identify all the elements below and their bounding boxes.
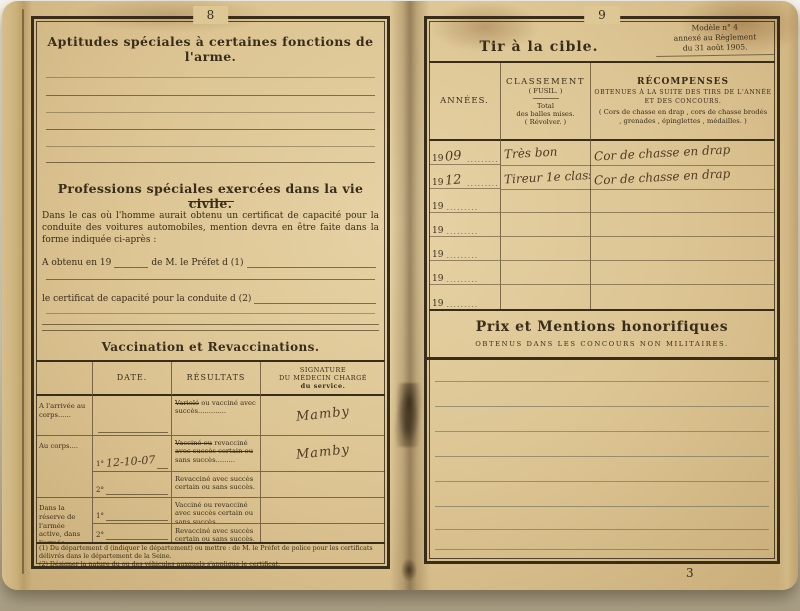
header-dash <box>533 98 559 99</box>
blank-field <box>98 424 168 433</box>
ink-stain <box>394 383 424 447</box>
vacc-result-c: Revacciné avec succès certain ou sans su… <box>172 472 261 498</box>
ink-stain <box>400 557 418 583</box>
tir-year-cell: 19 ......... <box>429 237 501 261</box>
obtained-prefix: A obtenu en 19 <box>42 258 111 268</box>
left-page-number: 8 <box>193 6 229 24</box>
tir-recompense-cell <box>591 261 775 285</box>
handwritten-recompense: Cor de chasse en drap <box>594 166 731 187</box>
blank-field <box>247 257 376 268</box>
handwritten-signature: Mamby <box>295 405 350 427</box>
vacc-header-signature: SIGNATURE DU MÉDECIN CHARGÉ du service. <box>261 362 385 396</box>
tir-header-classement: CLASSEMENT ( FUSIL. ) Total des balles m… <box>501 63 591 141</box>
obtained-line: A obtenu en 19 de M. le Préfet d (1) <box>42 255 379 268</box>
vacc-signature-a: Mamby <box>261 396 385 436</box>
ruled-line <box>46 146 375 147</box>
professions-paragraph: Dans le cas où l'homme aurait obtenu un … <box>42 211 379 247</box>
model-note-line3: du 31 août 1905. <box>656 42 774 54</box>
tir-table: ANNÉES. CLASSEMENT ( FUSIL. ) Total des … <box>429 61 775 311</box>
tir-year-cell: 19 ......... <box>429 261 501 285</box>
ruled-line <box>46 313 375 314</box>
professions-title: Professions spéciales exercées dans la v… <box>40 181 381 211</box>
tir-recompense-cell: Cor de chasse en drap <box>591 141 775 166</box>
footnote-2: (2) Désigner la nature du ou des véhicul… <box>39 561 382 569</box>
left-page-edge-line <box>22 9 24 574</box>
section-divider <box>427 357 777 360</box>
handwritten-year: 09 <box>445 148 463 164</box>
right-page-frame: 9 Tir à la cible. Modèle n° 4 annexé au … <box>424 16 780 564</box>
tir-recompense-cell <box>591 285 775 309</box>
tir-recompense-cell: Cor de chasse en drap <box>591 165 775 190</box>
handwritten-date: 12-10-07 <box>106 454 156 471</box>
ruled-line <box>435 431 769 432</box>
vacc-date-c: 2° <box>93 472 172 498</box>
obtained-middle: de M. le Préfet d (1) <box>151 258 243 268</box>
tir-classement-cell <box>501 261 591 285</box>
tir-classement-cell: Tireur 1e classe <box>501 165 591 190</box>
scanned-booklet-photo: 8 Aptitudes spéciales à certaines foncti… <box>0 0 800 611</box>
ruled-line <box>435 506 769 507</box>
tir-recompense-cell <box>591 189 775 213</box>
vacc-signature-e <box>261 524 385 542</box>
right-page-number: 9 <box>584 6 620 24</box>
tir-classement-cell <box>501 213 591 237</box>
vacc-signature-b: Mamby <box>261 436 385 472</box>
ruled-line <box>435 481 769 482</box>
footnote-1: (1) Du département d (indiquer le départ… <box>39 545 382 561</box>
ruled-line <box>46 112 375 113</box>
vacc-date-e: 2° <box>93 524 172 542</box>
left-page-edge <box>2 1 32 590</box>
blank-field <box>114 257 148 268</box>
vacc-header-results: RÉSULTATS <box>172 362 261 396</box>
vacc-date-d: 1° <box>93 498 172 524</box>
blank-field <box>106 512 168 521</box>
tir-year-cell: 19 ......... <box>429 285 501 309</box>
vacc-header-empty <box>36 362 93 396</box>
vaccination-title: Vaccination et Revaccinations. <box>40 340 381 354</box>
vacc-label-reserve: Dans la réserve de l'armée active, dans … <box>36 498 93 542</box>
footnotes: (1) Du département d (indiquer le départ… <box>39 545 382 570</box>
sheet-number: 3 <box>686 566 694 580</box>
tir-year-cell: 19 ......... <box>429 189 501 213</box>
ruled-line <box>46 162 375 163</box>
handwritten-classement: Tireur 1e classe <box>504 167 591 186</box>
vacc-header-date: DATE. <box>93 362 172 396</box>
vacc-label-corps: Au corps.... <box>36 436 93 498</box>
tir-title: Tir à la cible. <box>439 39 639 55</box>
vacc-date-a <box>93 396 172 436</box>
vacc-result-a: Variolé ou vacciné avec succès..........… <box>172 396 261 436</box>
vacc-result-b: Vacciné ou revacciné avec succès certain… <box>172 436 261 472</box>
blank-field <box>106 486 168 495</box>
right-page-edge <box>778 1 798 590</box>
ruled-line <box>46 279 375 280</box>
booklet-spread: 8 Aptitudes spéciales à certaines foncti… <box>2 1 798 590</box>
heading-underline <box>188 201 234 202</box>
tir-year-cell: 19 09 ......... <box>429 141 501 165</box>
vacc-result-e: Revacciné avec succès certain ou sans su… <box>172 524 261 542</box>
tir-recompense-cell <box>591 213 775 237</box>
tir-recompense-cell <box>591 237 775 261</box>
blank-field <box>157 460 168 469</box>
ruled-line <box>435 456 769 457</box>
ruled-line <box>435 529 769 530</box>
handwritten-signature: Mamby <box>295 443 350 465</box>
certificate-text: le certificat de capacité pour la condui… <box>42 294 251 304</box>
handwritten-year: 12 <box>445 172 463 188</box>
tir-header-annees: ANNÉES. <box>429 63 501 141</box>
tir-classement-cell <box>501 285 591 309</box>
ruled-line <box>46 77 375 78</box>
ruled-line <box>435 549 769 550</box>
vacc-signature-d <box>261 498 385 524</box>
tir-year-cell: 19 12 ......... <box>429 165 501 189</box>
vacc-result-d: Vacciné ou revacciné avec succès certain… <box>172 498 261 524</box>
prix-title: Prix et Mentions honorifiques <box>433 319 771 335</box>
left-page-frame: 8 Aptitudes spéciales à certaines foncti… <box>31 16 390 569</box>
handwritten-recompense: Cor de chasse en drap <box>594 142 731 163</box>
tir-classement-cell <box>501 189 591 213</box>
aptitudes-title: Aptitudes spéciales à certaines fonction… <box>40 34 381 64</box>
ruled-line <box>46 129 375 130</box>
vacc-date-b: 1° 12-10-07 <box>93 436 172 472</box>
tir-classement-cell: Très bon <box>501 141 591 166</box>
ruled-line <box>435 381 769 382</box>
vacc-label-arrival: A l'arrivée au corps...... <box>36 396 93 436</box>
handwritten-classement: Très bon <box>504 145 558 162</box>
vacc-signature-c <box>261 472 385 498</box>
ruled-line <box>46 95 375 96</box>
model-note: Modèle n° 4 annexé au Règlement du 31 ao… <box>656 22 775 57</box>
section-divider <box>42 324 379 331</box>
tir-header-recompenses: RÉCOMPENSES OBTENUES À LA SUITE DES TIRS… <box>591 63 775 141</box>
prix-subtitle: OBTENUS DANS LES CONCOURS NON MILITAIRES… <box>433 340 771 348</box>
tir-classement-cell <box>501 237 591 261</box>
vaccination-table: DATE. RÉSULTATS SIGNATURE DU MÉDECIN CHA… <box>36 360 385 544</box>
ruled-line <box>435 406 769 407</box>
certificate-line: le certificat de capacité pour la condui… <box>42 291 379 304</box>
blank-field <box>254 293 376 304</box>
tir-year-cell: 19 ......... <box>429 213 501 237</box>
blank-field <box>106 531 168 540</box>
